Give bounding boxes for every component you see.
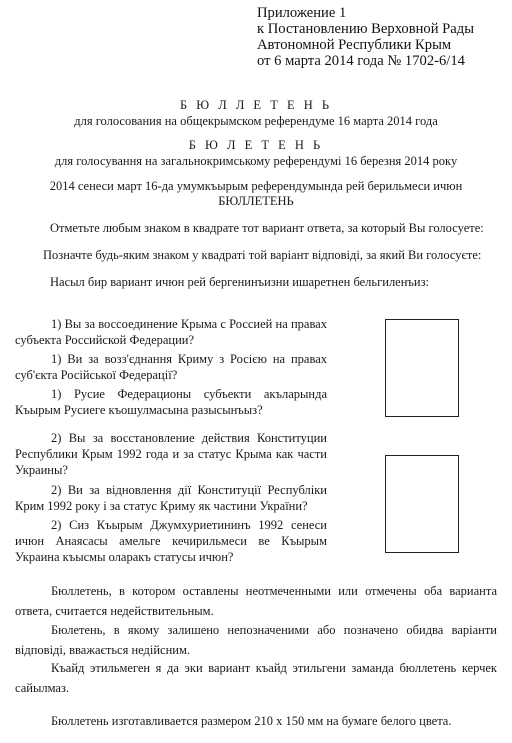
option-2-text-crh: 2) Сиз Къырым Джумхуриетининъ 1992 сенес…: [15, 517, 327, 565]
ballot-title-ru: Б Ю Л Л Е Т Е Н Ь: [0, 98, 512, 113]
option-2-text-ru: 2) Вы за восстановление действия Констит…: [15, 430, 327, 478]
appendix-line: от 6 марта 2014 года № 1702-6/14: [257, 53, 474, 69]
appendix-line: к Постановлению Верховной Рады: [257, 21, 474, 37]
note-format: Бюллетень изготавливается размером 210 х…: [15, 711, 497, 731]
option-1-text-uk: 1) Ви за возз'єднання Криму з Росією на …: [15, 351, 327, 383]
instruction-uk: Позначте будь-яким знаком у квадраті той…: [43, 248, 481, 263]
ballot-subtitle-ru: для голосования на общекрымском референд…: [0, 114, 512, 129]
option-2-text-uk: 2) Ви за відновлення дії Конституції Рес…: [15, 482, 327, 514]
ballot-subtitle-uk: для голосування на загальнокримському ре…: [0, 154, 512, 169]
appendix-header: Приложение 1 к Постановлению Верховной Р…: [257, 5, 474, 69]
option-1-text-ru: 1) Вы за воссоединение Крыма с Россией н…: [15, 316, 327, 348]
note-invalid-crh: Къайд этильмеген я да эки вариант къайд …: [15, 658, 497, 698]
option-2-checkbox[interactable]: [385, 455, 459, 553]
option-1-text-crh: 1) Русие Федерационы субъекти акъларында…: [15, 386, 327, 418]
appendix-line: Приложение 1: [257, 5, 474, 21]
option-1-checkbox[interactable]: [385, 319, 459, 417]
appendix-line: Автономной Республики Крым: [257, 37, 474, 53]
note-invalid-uk: Бюлетень, в якому залишено непозначеними…: [15, 620, 497, 660]
ballot-subtitle-crh: 2014 сенеси март 16-да умумкъырым рефере…: [0, 179, 512, 194]
ballot-title-crh: БЮЛЛЕТЕНЬ: [0, 194, 512, 209]
ballot-title-uk: Б Ю Л Е Т Е Н Ь: [0, 138, 512, 153]
instruction-ru: Отметьте любым знаком в квадрате тот вар…: [50, 221, 484, 236]
instruction-crh: Насыл бир вариант ичюн рей бергенинъизни…: [50, 275, 429, 290]
note-invalid-ru: Бюллетень, в котором оставлены неотмечен…: [15, 581, 497, 621]
